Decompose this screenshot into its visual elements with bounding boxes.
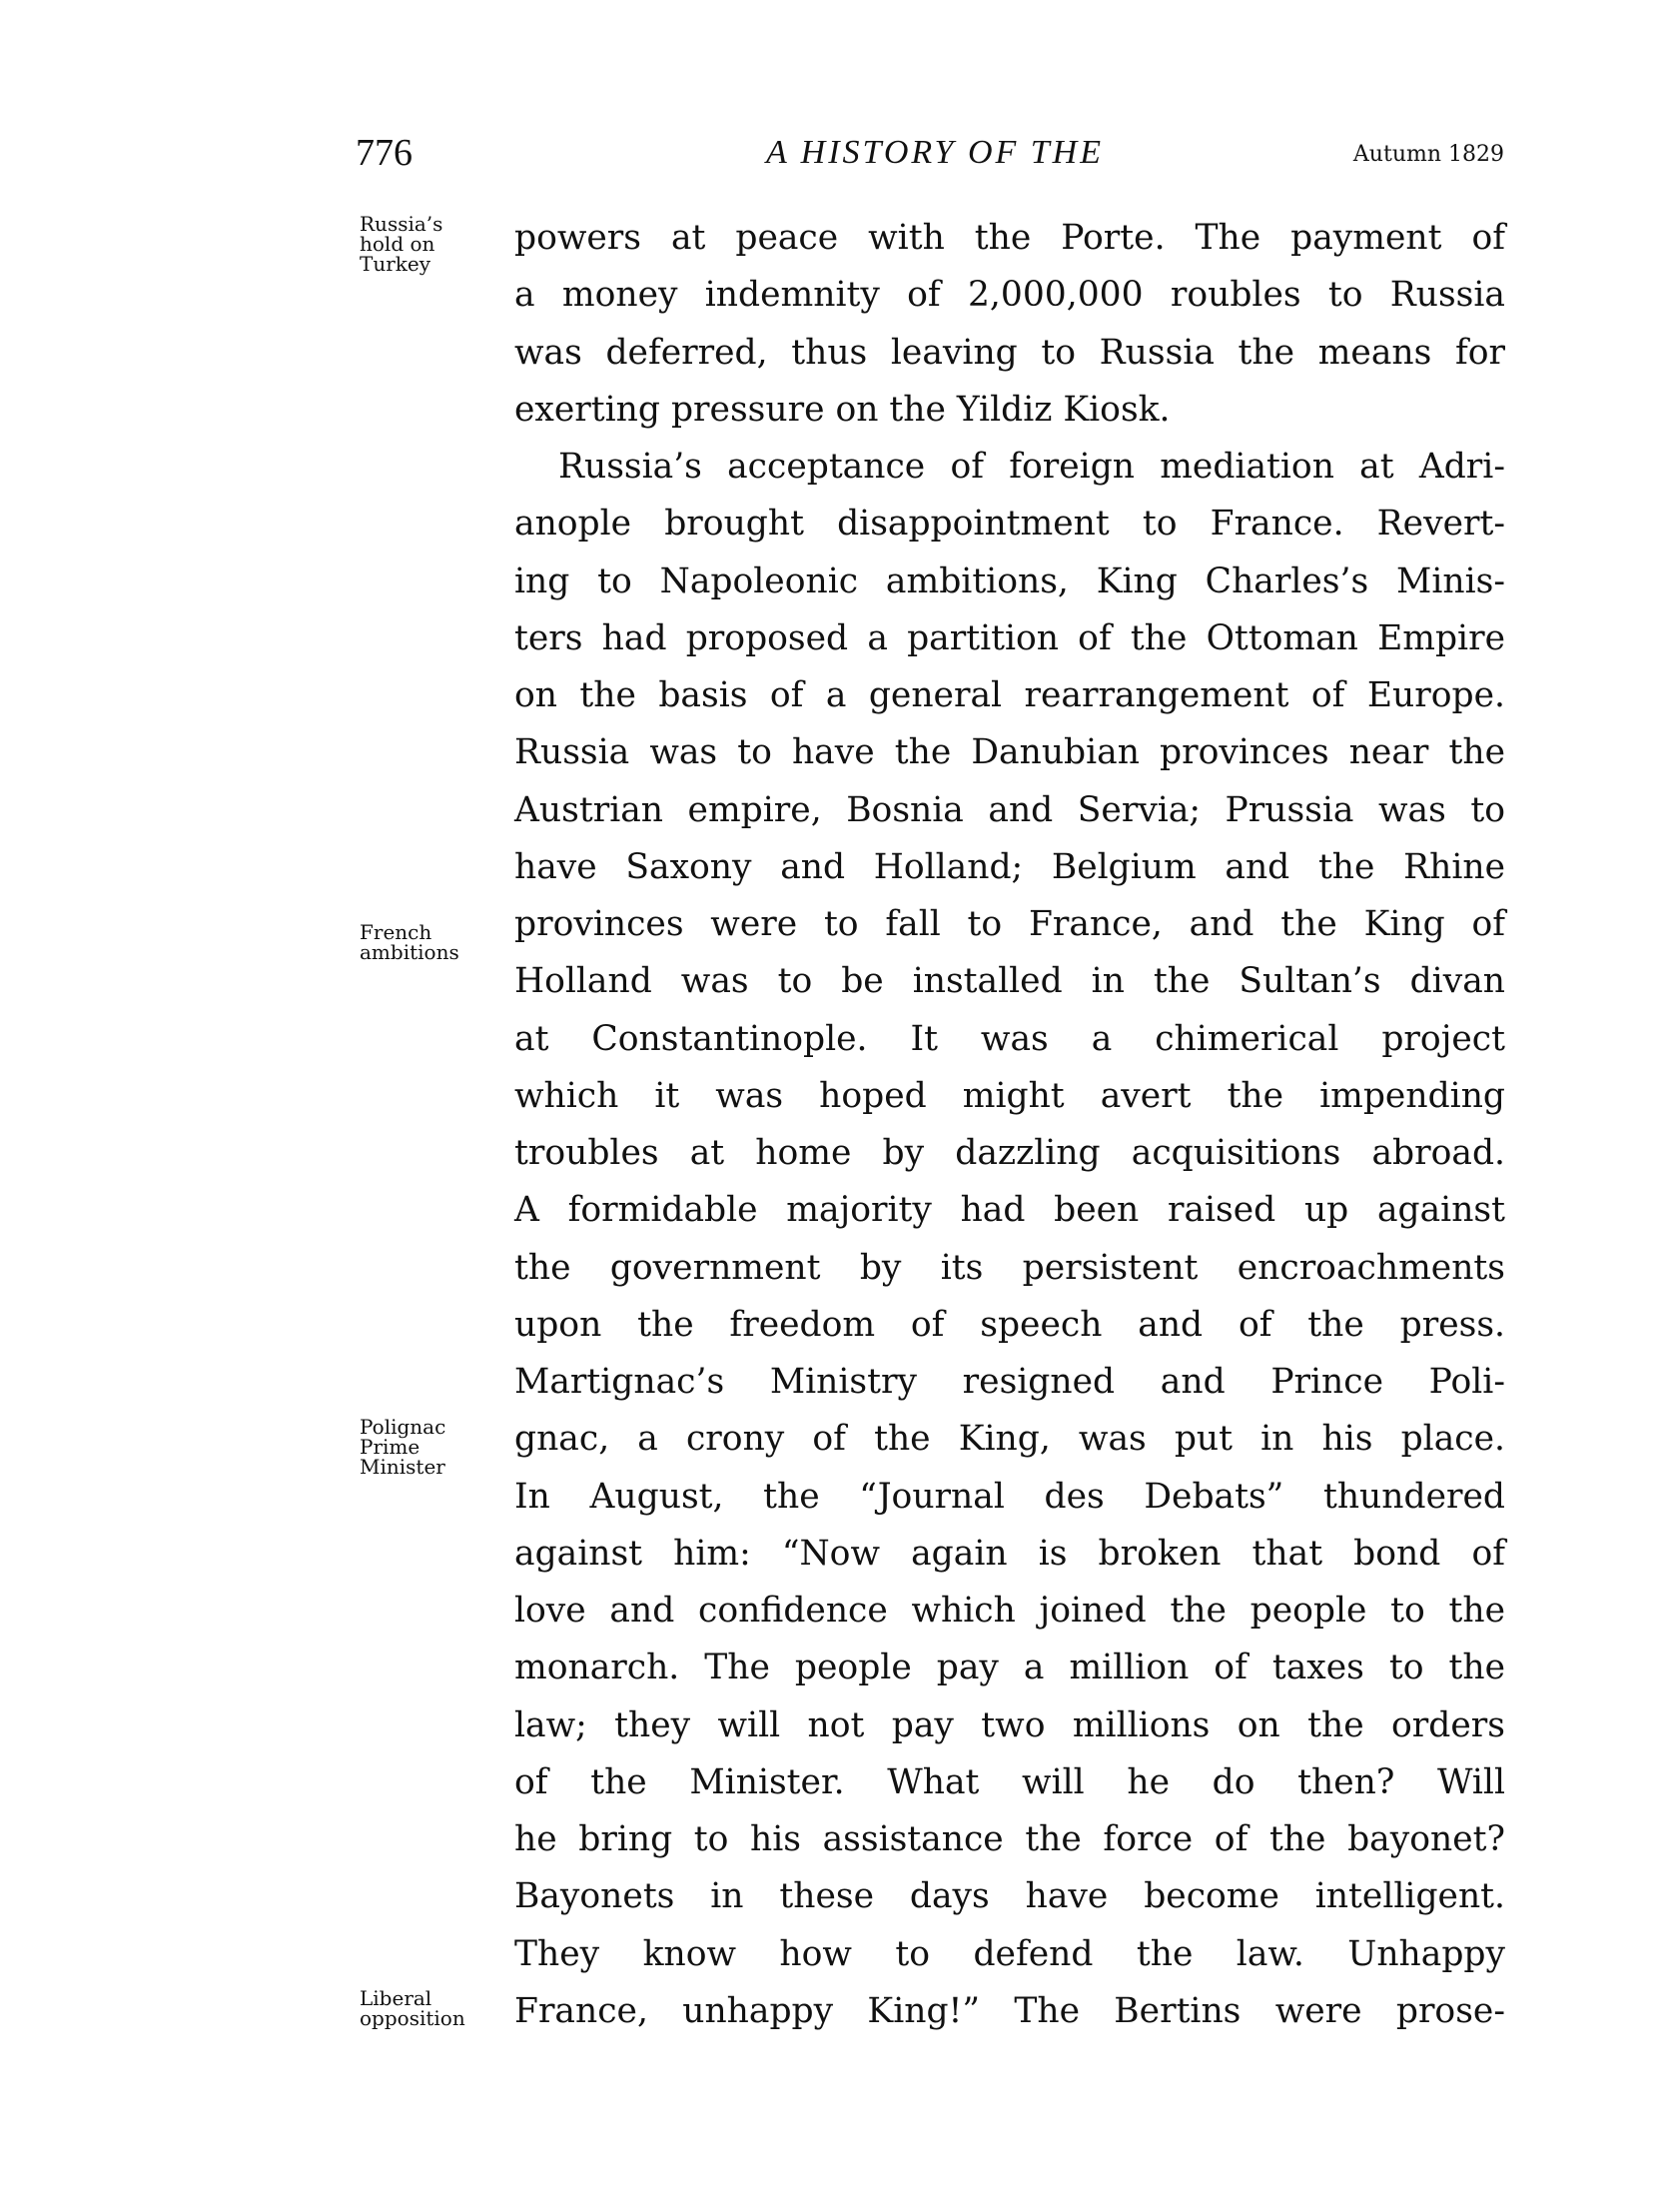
margin-note-line: Russia’s — [360, 214, 442, 234]
text-line: Holland was to be installed in the Sulta… — [514, 955, 1505, 1007]
paragraph-start-line: Russia’s acceptance of foreign mediation… — [558, 441, 1505, 493]
text-line: powers at peace with the Porte. The paym… — [514, 212, 1505, 264]
text-line: troubles at home by dazzling acquisition… — [514, 1127, 1505, 1179]
margin-note-line: French — [360, 922, 459, 942]
text-line: a money indemnity of 2,000,000 roubles t… — [514, 269, 1505, 321]
margin-note-polignac: Polignac Prime Minister — [360, 1417, 445, 1477]
text-line: against him: “Now again is broken that b… — [514, 1528, 1505, 1580]
margin-note-line: Minister — [360, 1457, 445, 1477]
text-line: exerting pressure on the Yildiz Kiosk. — [514, 384, 1505, 436]
text-line: have Saxony and Holland; Belgium and the… — [514, 841, 1505, 893]
running-header: 776 A HISTORY OF THE Autumn 1829 — [356, 128, 1504, 178]
text-line: In August, the “Journal des Debats” thun… — [514, 1471, 1505, 1523]
text-line: he bring to his assistance the force of … — [514, 1813, 1505, 1865]
text-line: Martignac’s Ministry resigned and Prince… — [514, 1356, 1505, 1408]
margin-note-line: ambitions — [360, 942, 459, 962]
margin-note-line: Turkey — [360, 254, 442, 274]
text-line: France, unhappy King!” The Bertins were … — [514, 1985, 1505, 2037]
text-line: provinces were to fall to France, and th… — [514, 898, 1505, 950]
margin-note-line: hold on — [360, 234, 442, 254]
text-line: Austrian empire, Bosnia and Servia; Prus… — [514, 784, 1505, 836]
text-line: Russia was to have the Danubian province… — [514, 726, 1505, 778]
text-line: law; they will not pay two millions on t… — [514, 1699, 1505, 1751]
margin-note-liberal-opposition: Liberal opposition — [360, 1988, 465, 2028]
running-date: Autumn 1829 — [1353, 132, 1504, 178]
text-line: A formidable majority had been raised up… — [514, 1184, 1505, 1236]
text-line: ing to Napoleonic ambitions, King Charle… — [514, 555, 1505, 607]
text-line: gnac, a crony of the King, was put in hi… — [514, 1413, 1505, 1465]
margin-note-french-ambitions: French ambitions — [360, 922, 459, 962]
text-line: which it was hoped might avert the impen… — [514, 1070, 1505, 1122]
text-line: ters had proposed a partition of the Ott… — [514, 612, 1505, 664]
text-line: was deferred, thus leaving to Russia the… — [514, 327, 1505, 379]
text-line: of the Minister. What will he do then? W… — [514, 1756, 1505, 1808]
text-line: Bayonets in these days have become intel… — [514, 1870, 1505, 1922]
margin-note-line: Polignac — [360, 1417, 445, 1437]
text-line: upon the freedom of speech and of the pr… — [514, 1299, 1505, 1351]
text-line: at Constantinople. It was a chimerical p… — [514, 1013, 1505, 1065]
margin-note-line: opposition — [360, 2008, 465, 2028]
margin-note-line: Prime — [360, 1437, 445, 1457]
text-line: They know how to defend the law. Unhappy — [514, 1928, 1505, 1980]
margin-note-russias-hold: Russia’s hold on Turkey — [360, 214, 442, 274]
book-page: 776 A HISTORY OF THE Autumn 1829 Russia’… — [0, 0, 1665, 2212]
running-title: A HISTORY OF THE — [356, 128, 1504, 178]
margin-note-line: Liberal — [360, 1988, 465, 2008]
text-line: monarch. The people pay a million of tax… — [514, 1642, 1505, 1693]
text-line: anople brought disappointment to France.… — [514, 498, 1505, 550]
text-line: love and confidence which joined the peo… — [514, 1585, 1505, 1637]
text-line: the government by its persistent encroac… — [514, 1242, 1505, 1294]
text-line: on the basis of a general rearrangement … — [514, 669, 1505, 721]
